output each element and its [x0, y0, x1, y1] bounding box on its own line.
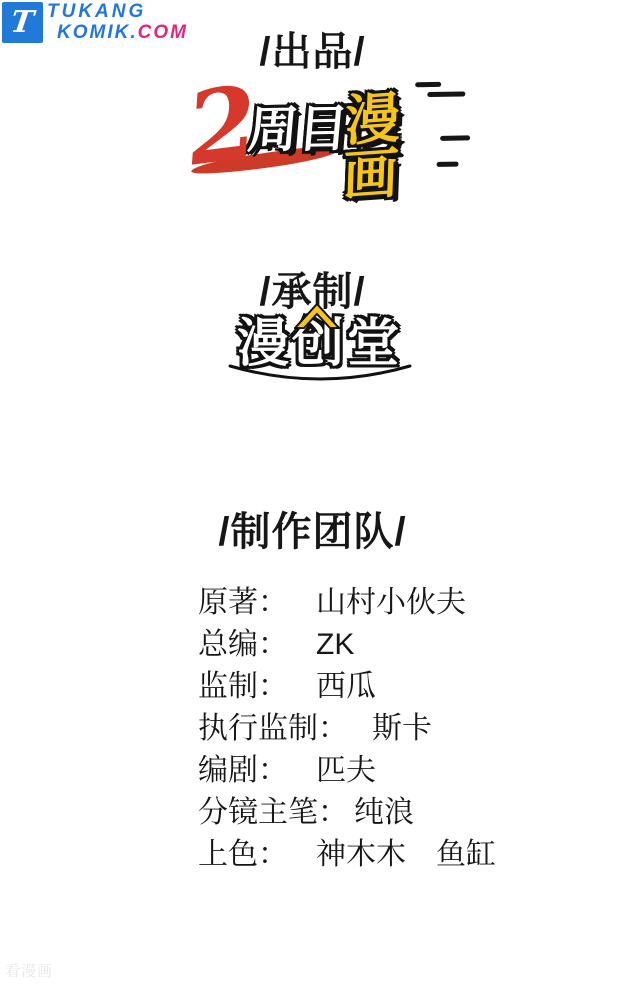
credit-label: 总编：	[198, 624, 288, 666]
credit-row-screenwriter: 编剧： 匹夫	[198, 750, 496, 792]
credit-value: 西瓜	[316, 666, 376, 708]
credit-row-chief-editor: 总编： ZK	[198, 624, 496, 666]
credit-value: 神木木 鱼缸	[316, 834, 496, 876]
publisher-logo-yellow-text: 漫画	[342, 87, 450, 204]
credit-label: 原著：	[198, 582, 288, 624]
speedline-icon	[415, 82, 441, 87]
credit-label: 上色：	[198, 834, 288, 876]
publisher-logo-white-text: 周目	[246, 103, 350, 155]
credit-row-storyboard-artist: 分镜主笔： 纯浪	[198, 792, 496, 834]
site-name-line1: TUKANG	[47, 2, 188, 21]
roof-icon	[294, 303, 340, 329]
credit-label: 监制：	[198, 666, 288, 708]
publisher-logo: 2 周目 漫画	[187, 84, 449, 183]
credit-label: 执行监制：	[198, 708, 348, 750]
credit-value: 纯浪	[354, 792, 414, 834]
credit-value: 斯卡	[372, 708, 432, 750]
footer-watermark: 看漫画	[5, 960, 53, 981]
credit-row-executive-supervisor: 执行监制： 斯卡	[198, 708, 496, 750]
credit-row-original-author: 原著： 山村小伙夫	[198, 582, 496, 624]
credit-label: 编剧：	[198, 750, 288, 792]
credit-value: ZK	[316, 624, 354, 666]
credit-value: 山村小伙夫	[316, 582, 466, 624]
heading-produced-by: /出品/	[0, 20, 625, 77]
credit-row-colorist: 上色： 神木木 鱼缸	[198, 834, 496, 876]
credits-list: 原著： 山村小伙夫 总编： ZK 监制： 西瓜 执行监制： 斯卡 编剧： 匹夫 …	[198, 582, 496, 876]
publisher-logo-number: 2	[182, 72, 263, 180]
credit-value: 匹夫	[316, 750, 376, 792]
credits-page: T TUKANG KOMIK.COM /出品/ 2 周目 漫画 /承制/ 漫创堂…	[0, 0, 625, 988]
studio-logo: 漫创堂	[232, 316, 407, 386]
credit-row-supervisor: 监制： 西瓜	[198, 666, 496, 708]
credit-label: 分镜主笔：	[198, 792, 348, 834]
heading-team-title: /制作团队/	[0, 500, 625, 557]
